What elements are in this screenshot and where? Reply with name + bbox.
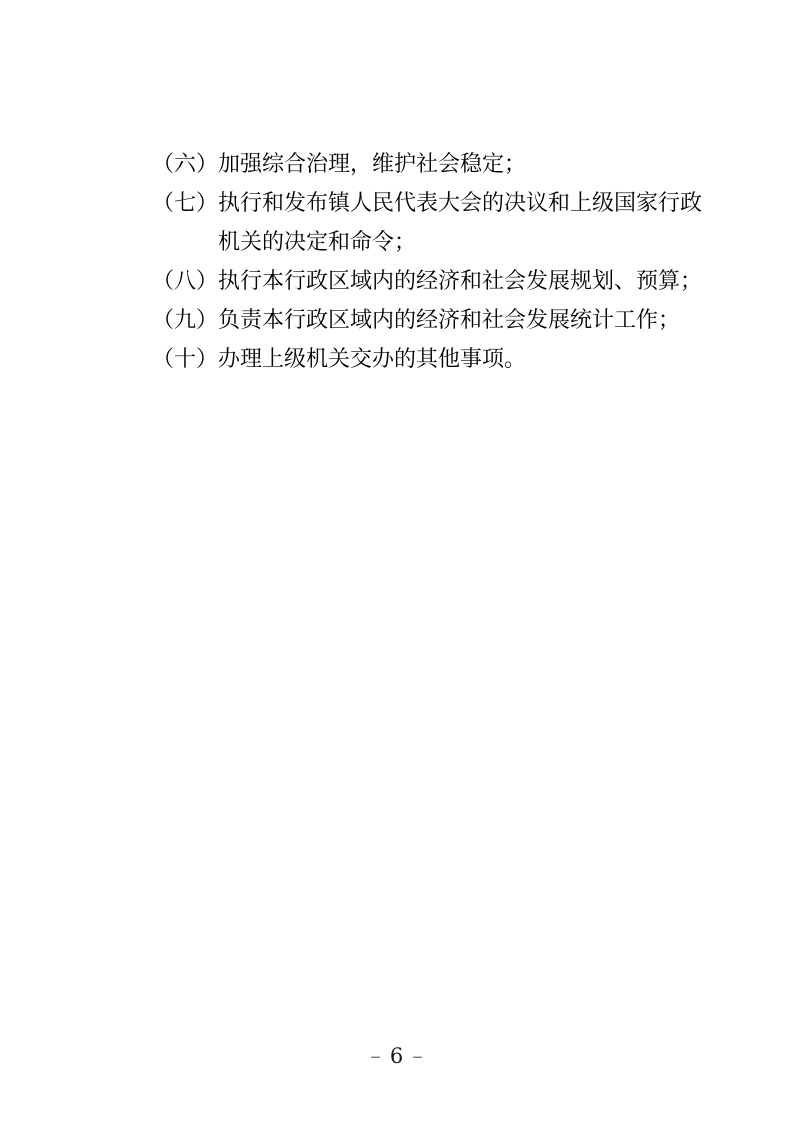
item-text: 办理上级机关交办的其他事项。 — [218, 340, 708, 379]
page-footer: –6– — [0, 1041, 793, 1071]
footer-right-dash: – — [412, 1044, 423, 1068]
page-number: 6 — [390, 1044, 403, 1068]
text-line: 执行本行政区域内的经济和社会发展规划、预算； — [218, 262, 708, 301]
document-page: （六） 加强综合治理，维护社会稳定； （七） 执行和发布镇人民代表大会的决议和上… — [0, 0, 793, 1122]
text-line: 负责本行政区域内的经济和社会发展统计工作； — [218, 301, 708, 340]
item-marker: （八） — [152, 262, 218, 301]
list-item: （九） 负责本行政区域内的经济和社会发展统计工作； — [152, 301, 708, 340]
list-item: （六） 加强综合治理，维护社会稳定； — [152, 145, 708, 184]
item-marker: （六） — [152, 145, 218, 184]
document-body: （六） 加强综合治理，维护社会稳定； （七） 执行和发布镇人民代表大会的决议和上… — [152, 145, 708, 379]
list-item: （十） 办理上级机关交办的其他事项。 — [152, 340, 708, 379]
list-item: （七） 执行和发布镇人民代表大会的决议和上级国家行政 机关的决定和命令； — [152, 184, 708, 262]
text-line: 办理上级机关交办的其他事项。 — [218, 340, 708, 379]
item-text: 加强综合治理，维护社会稳定； — [218, 145, 708, 184]
footer-left-dash: – — [370, 1044, 381, 1068]
item-text: 执行本行政区域内的经济和社会发展规划、预算； — [218, 262, 708, 301]
text-line: 加强综合治理，维护社会稳定； — [218, 145, 708, 184]
item-text: 执行和发布镇人民代表大会的决议和上级国家行政 机关的决定和命令； — [218, 184, 708, 262]
item-marker: （九） — [152, 301, 218, 340]
item-marker: （十） — [152, 340, 218, 379]
text-line: 执行和发布镇人民代表大会的决议和上级国家行政 — [218, 184, 708, 223]
item-marker: （七） — [152, 184, 218, 223]
text-line: 机关的决定和命令； — [218, 223, 708, 262]
list-item: （八） 执行本行政区域内的经济和社会发展规划、预算； — [152, 262, 708, 301]
item-text: 负责本行政区域内的经济和社会发展统计工作； — [218, 301, 708, 340]
